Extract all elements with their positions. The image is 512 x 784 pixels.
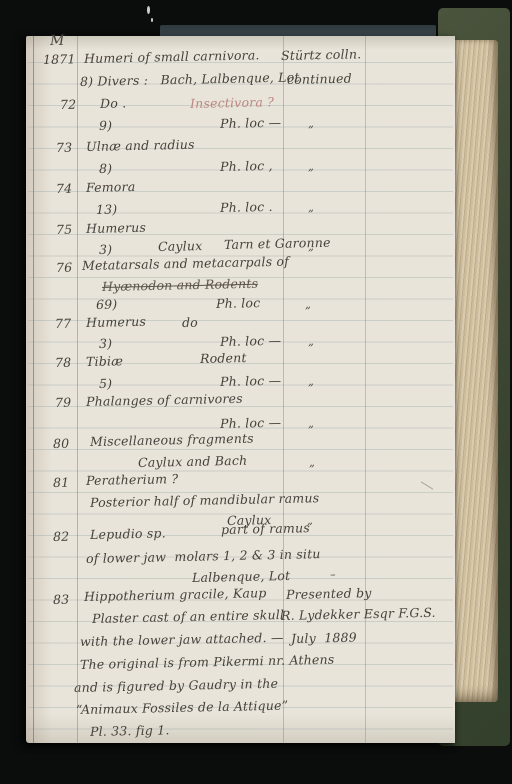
pencil-mark — [421, 481, 433, 489]
register-page — [26, 36, 455, 743]
page-stack-fore-edge — [452, 40, 498, 702]
remarks-column-rule — [365, 36, 366, 743]
dust-speck — [151, 18, 153, 22]
locality-column-rule — [283, 36, 284, 743]
number-column-rule — [77, 36, 78, 743]
feint-ruling — [28, 62, 453, 730]
dust-speck — [147, 6, 150, 14]
left-margin-rule — [33, 36, 34, 743]
photographed-register-page: { "document": { "kind": "handwritten mus… — [0, 0, 512, 784]
